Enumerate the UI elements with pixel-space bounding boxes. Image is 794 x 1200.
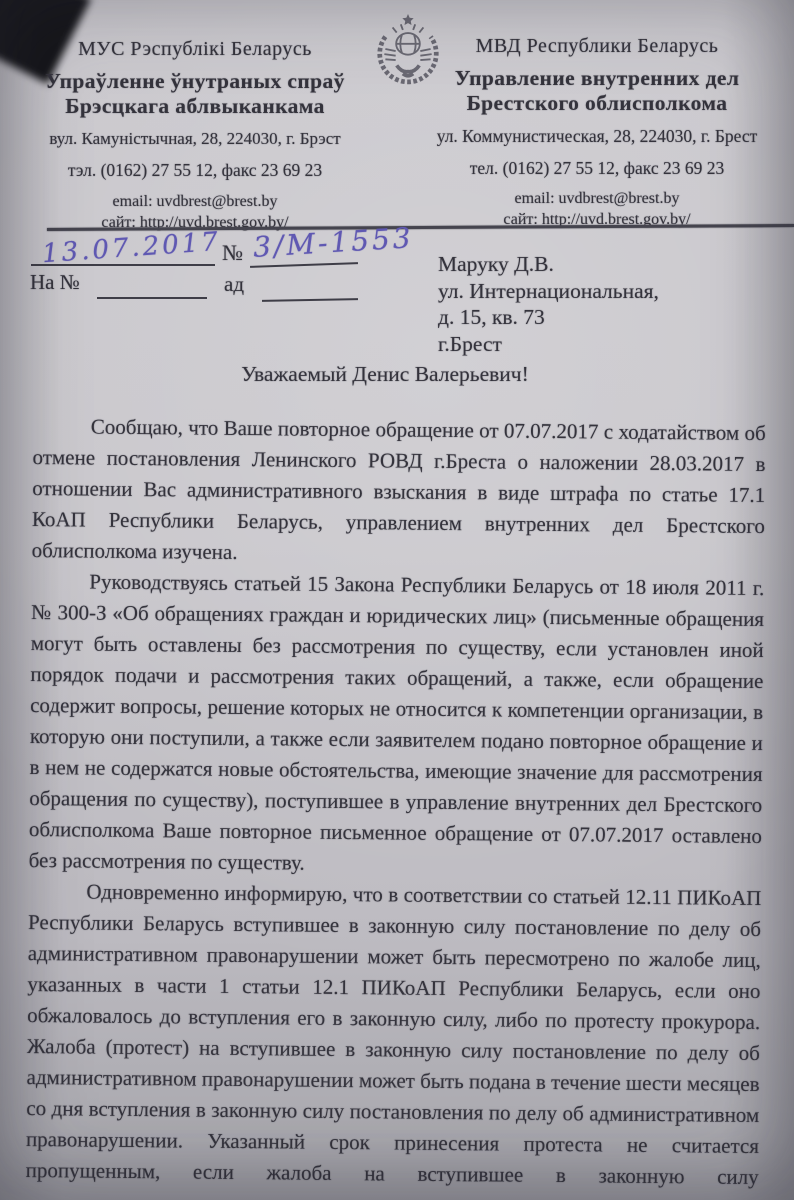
recipient-house: д. 15, кв. 73 [438, 304, 659, 331]
ministry-name-by: МУС Рэспублікі Беларусь [28, 38, 362, 62]
date-blank-line [31, 264, 215, 266]
body-paragraph-2: Руководствуясь статьей 15 Закона Республ… [29, 566, 765, 883]
number-sign-label: № [222, 240, 243, 266]
letterhead-russian: МВД Республики Беларусь Управление внутр… [413, 35, 781, 230]
scanned-letter-page: МУС Рэспублікі Беларусь Упраўленне ўнутр… [0, 0, 794, 1200]
reply-date-blank-line [262, 298, 358, 302]
org-name-ru-line2: Брестского облисполкома [413, 91, 781, 117]
recipient-address-block: Маруку Д.В. ул. Интернациональная, д. 15… [438, 251, 659, 357]
reply-to-number-label: На № [30, 270, 80, 295]
postal-address-ru: ул. Коммунистическая, 28, 224030, г. Бре… [413, 126, 781, 147]
reply-number-blank-line [97, 297, 207, 299]
letterhead: МУС Рэспублікі Беларусь Упраўленне ўнутр… [0, 0, 794, 232]
letterhead-belarusian: МУС Рэспублікі Беларусь Упраўленне ўнутр… [28, 38, 362, 233]
recipient-name: Маруку Д.В. [438, 251, 659, 278]
body-paragraph-1: Сообщаю, что Ваше повторное обращение от… [32, 411, 766, 573]
salutation: Уважаемый Денис Валерьевич! [0, 362, 770, 387]
email-line-by: email: uvdbrest@brest.by [28, 193, 362, 212]
reply-from-date-label: ад [224, 272, 244, 297]
org-name-by-line2: Брэсцкага аблвыканкама [28, 94, 362, 120]
recipient-street: ул. Интернациональная, [438, 278, 659, 305]
ministry-name-ru: МВД Республики Беларусь [413, 35, 781, 59]
recipient-city: г.Брест [438, 331, 659, 358]
email-line-ru: email: uvdbrest@brest.by [413, 190, 781, 209]
org-name-ru-line1: Управление внутренних дел [413, 66, 781, 92]
body-paragraph-3: Одновременно информирую, что в соответст… [26, 876, 762, 1193]
phone-fax-ru: тел. (0162) 27 55 12, факс 23 69 23 [413, 158, 781, 179]
handwritten-outgoing-date: 13.07.2017 [41, 227, 222, 269]
letter-body: Сообщаю, что Ваше повторное обращение от… [26, 411, 766, 1193]
phone-fax-by: тэл. (0162) 27 55 12, факс 23 69 23 [28, 160, 362, 181]
org-name-by-line1: Упраўленне ўнутраных спраў [28, 69, 362, 95]
postal-address-by: вул. Камуністычная, 28, 224030, г. Брэст [28, 129, 362, 149]
